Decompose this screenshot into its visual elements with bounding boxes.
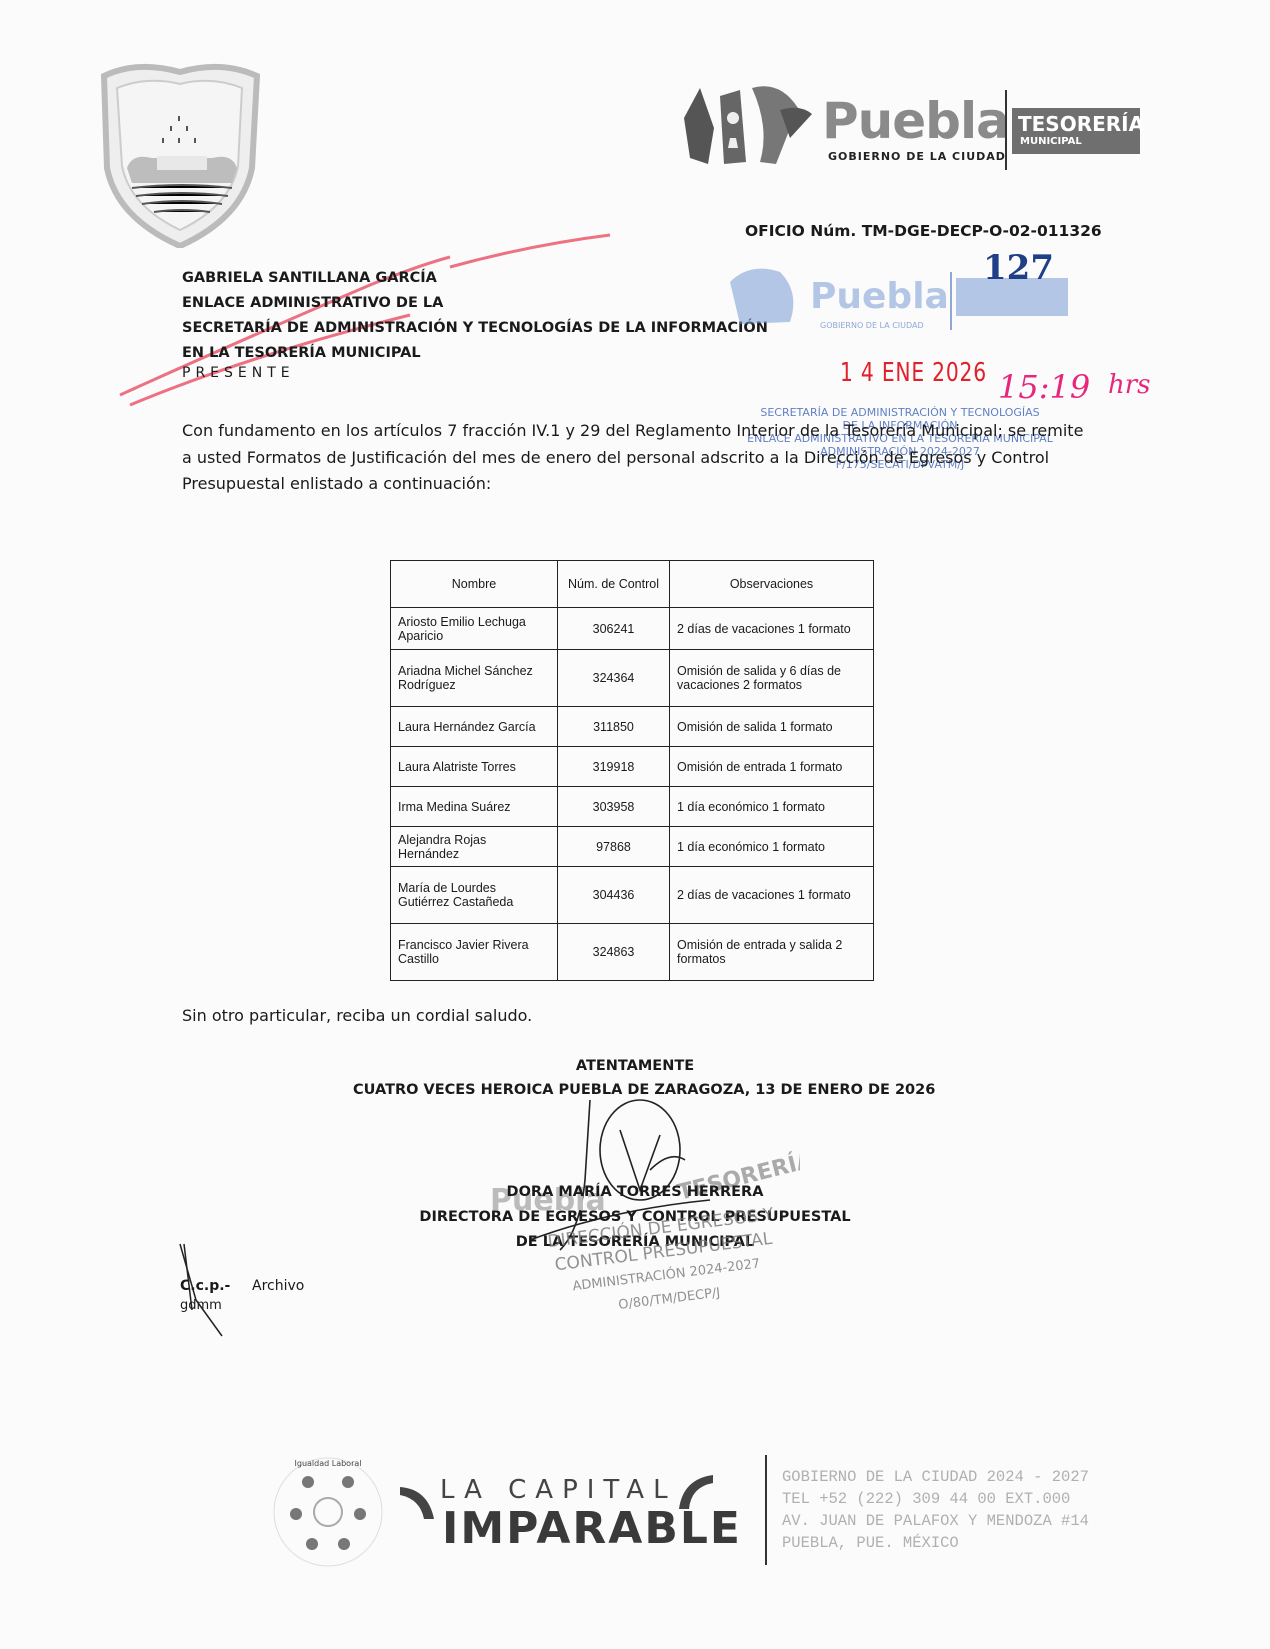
column-header-nombre: Nombre [391, 561, 558, 608]
column-header-control: Núm. de Control [558, 561, 670, 608]
cell-observaciones: 1 día económico 1 formato [670, 827, 874, 867]
personnel-table: Nombre Núm. de Control Observaciones Ari… [390, 560, 874, 981]
footer-line: GOBIERNO DE LA CIUDAD 2024 - 2027 [782, 1466, 1089, 1488]
footer-line: PUEBLA, PUE. MÉXICO [782, 1532, 1089, 1554]
wing-right-icon [675, 1473, 715, 1513]
reception-time-handwritten: 15:19 [998, 368, 1090, 406]
recipient-name: GABRIELA SANTILLANA GARCÍA [182, 266, 768, 291]
closing-greeting: Sin otro particular, reciba un cordial s… [182, 1006, 532, 1025]
table-row: Laura Alatriste Torres 319918 Omisión de… [391, 747, 874, 787]
cell-nombre: Alejandra Rojas Hernández [391, 827, 558, 867]
column-header-observaciones: Observaciones [670, 561, 874, 608]
tesoreria-badge: TESORERÍA MUNICIPAL [1012, 108, 1140, 154]
slogan-line1: LA CAPITAL [440, 1475, 677, 1505]
logo-divider [1005, 90, 1007, 170]
cell-nombre: Laura Alatriste Torres [391, 747, 558, 787]
puebla-logo-word: Puebla [822, 92, 1009, 150]
cell-observaciones: Omisión de entrada 1 formato [670, 747, 874, 787]
igualdad-laboral-seal-icon: Igualdad Laboral [268, 1452, 388, 1572]
recipient-location: EN LA TESORERÍA MUNICIPAL [182, 341, 768, 366]
cell-control: 303958 [558, 787, 670, 827]
table-row: Francisco Javier Rivera Castillo 324863 … [391, 924, 874, 981]
cell-observaciones: Omisión de salida 1 formato [670, 707, 874, 747]
logo-subtitle: GOBIERNO DE LA CIUDAD [828, 150, 1006, 163]
footer-line: TEL +52 (222) 309 44 00 EXT.000 [782, 1488, 1089, 1510]
cell-nombre: Ariadna Michel Sánchez Rodríguez [391, 650, 558, 707]
oficio-number: OFICIO Núm. TM-DGE-DECP-O-02-011326 [745, 222, 1102, 240]
footer-divider [765, 1455, 767, 1565]
cell-nombre: Laura Hernández García [391, 707, 558, 747]
footer-address: GOBIERNO DE LA CIUDAD 2024 - 2027TEL +52… [782, 1466, 1089, 1554]
reception-date-stamp: 1 4 ENE 2026 [840, 358, 987, 388]
cell-control: 324364 [558, 650, 670, 707]
reception-folio-number: 127 [983, 248, 1054, 288]
tesoreria-badge-line1: TESORERÍA [1018, 112, 1144, 136]
ccp-value: Archivo [252, 1278, 304, 1294]
cell-observaciones: 2 días de vacaciones 1 formato [670, 608, 874, 650]
wing-left-icon [398, 1483, 438, 1523]
cell-observaciones: Omisión de entrada y salida 2 formatos [670, 924, 874, 981]
tesoreria-badge-line2: MUNICIPAL [1020, 136, 1082, 147]
table-row: Ariadna Michel Sánchez Rodríguez 324364 … [391, 650, 874, 707]
cell-control: 311850 [558, 707, 670, 747]
atentamente-label: ATENTAMENTE [0, 1058, 1270, 1074]
cell-nombre: Irma Medina Suárez [391, 787, 558, 827]
footer-line: AV. JUAN DE PALAFOX Y MENDOZA #14 [782, 1510, 1089, 1532]
cell-nombre: Ariosto Emilio Lechuga Aparicio [391, 608, 558, 650]
table-row: María de Lourdes Gutiérrez Castañeda 304… [391, 867, 874, 924]
reception-hrs-handwritten: hrs [1108, 370, 1151, 400]
cell-control: 319918 [558, 747, 670, 787]
cell-nombre: Francisco Javier Rivera Castillo [391, 924, 558, 981]
cell-control: 324863 [558, 924, 670, 981]
recipient-block: GABRIELA SANTILLANA GARCÍA ENLACE ADMINI… [182, 266, 768, 366]
cell-observaciones: Omisión de salida y 6 días de vacaciones… [670, 650, 874, 707]
cell-control: 97868 [558, 827, 670, 867]
cell-nombre: María de Lourdes Gutiérrez Castañeda [391, 867, 558, 924]
signer-name: DORA MARÍA TORRES HERRERA [0, 1180, 1270, 1205]
svg-text:GOBIERNO DE LA CIUDAD: GOBIERNO DE LA CIUDAD [820, 321, 924, 330]
table-row: Irma Medina Suárez 303958 1 día económic… [391, 787, 874, 827]
table-row: Alejandra Rojas Hernández 97868 1 día ec… [391, 827, 874, 867]
svg-text:Igualdad Laboral: Igualdad Laboral [295, 1459, 362, 1468]
initials-pen-stroke-icon [176, 1240, 236, 1340]
cell-observaciones: 2 días de vacaciones 1 formato [670, 867, 874, 924]
recipient-department: SECRETARÍA DE ADMINISTRACIÓN Y TECNOLOGÍ… [182, 316, 768, 341]
table-header-row: Nombre Núm. de Control Observaciones [391, 561, 874, 608]
puebla-city-emblem-icon [680, 78, 820, 170]
cell-control: 304436 [558, 867, 670, 924]
recipient-position: ENLACE ADMINISTRATIVO DE LA [182, 291, 768, 316]
table-row: Ariosto Emilio Lechuga Aparicio 306241 2… [391, 608, 874, 650]
cell-control: 306241 [558, 608, 670, 650]
svg-text:Puebla: Puebla [810, 276, 949, 317]
municipal-shield-seal-icon [92, 58, 267, 248]
cell-observaciones: 1 día económico 1 formato [670, 787, 874, 827]
presente-label: PRESENTE [182, 365, 295, 381]
table-row: Laura Hernández García 311850 Omisión de… [391, 707, 874, 747]
body-paragraph: Con fundamento en los artículos 7 fracci… [182, 418, 1097, 498]
